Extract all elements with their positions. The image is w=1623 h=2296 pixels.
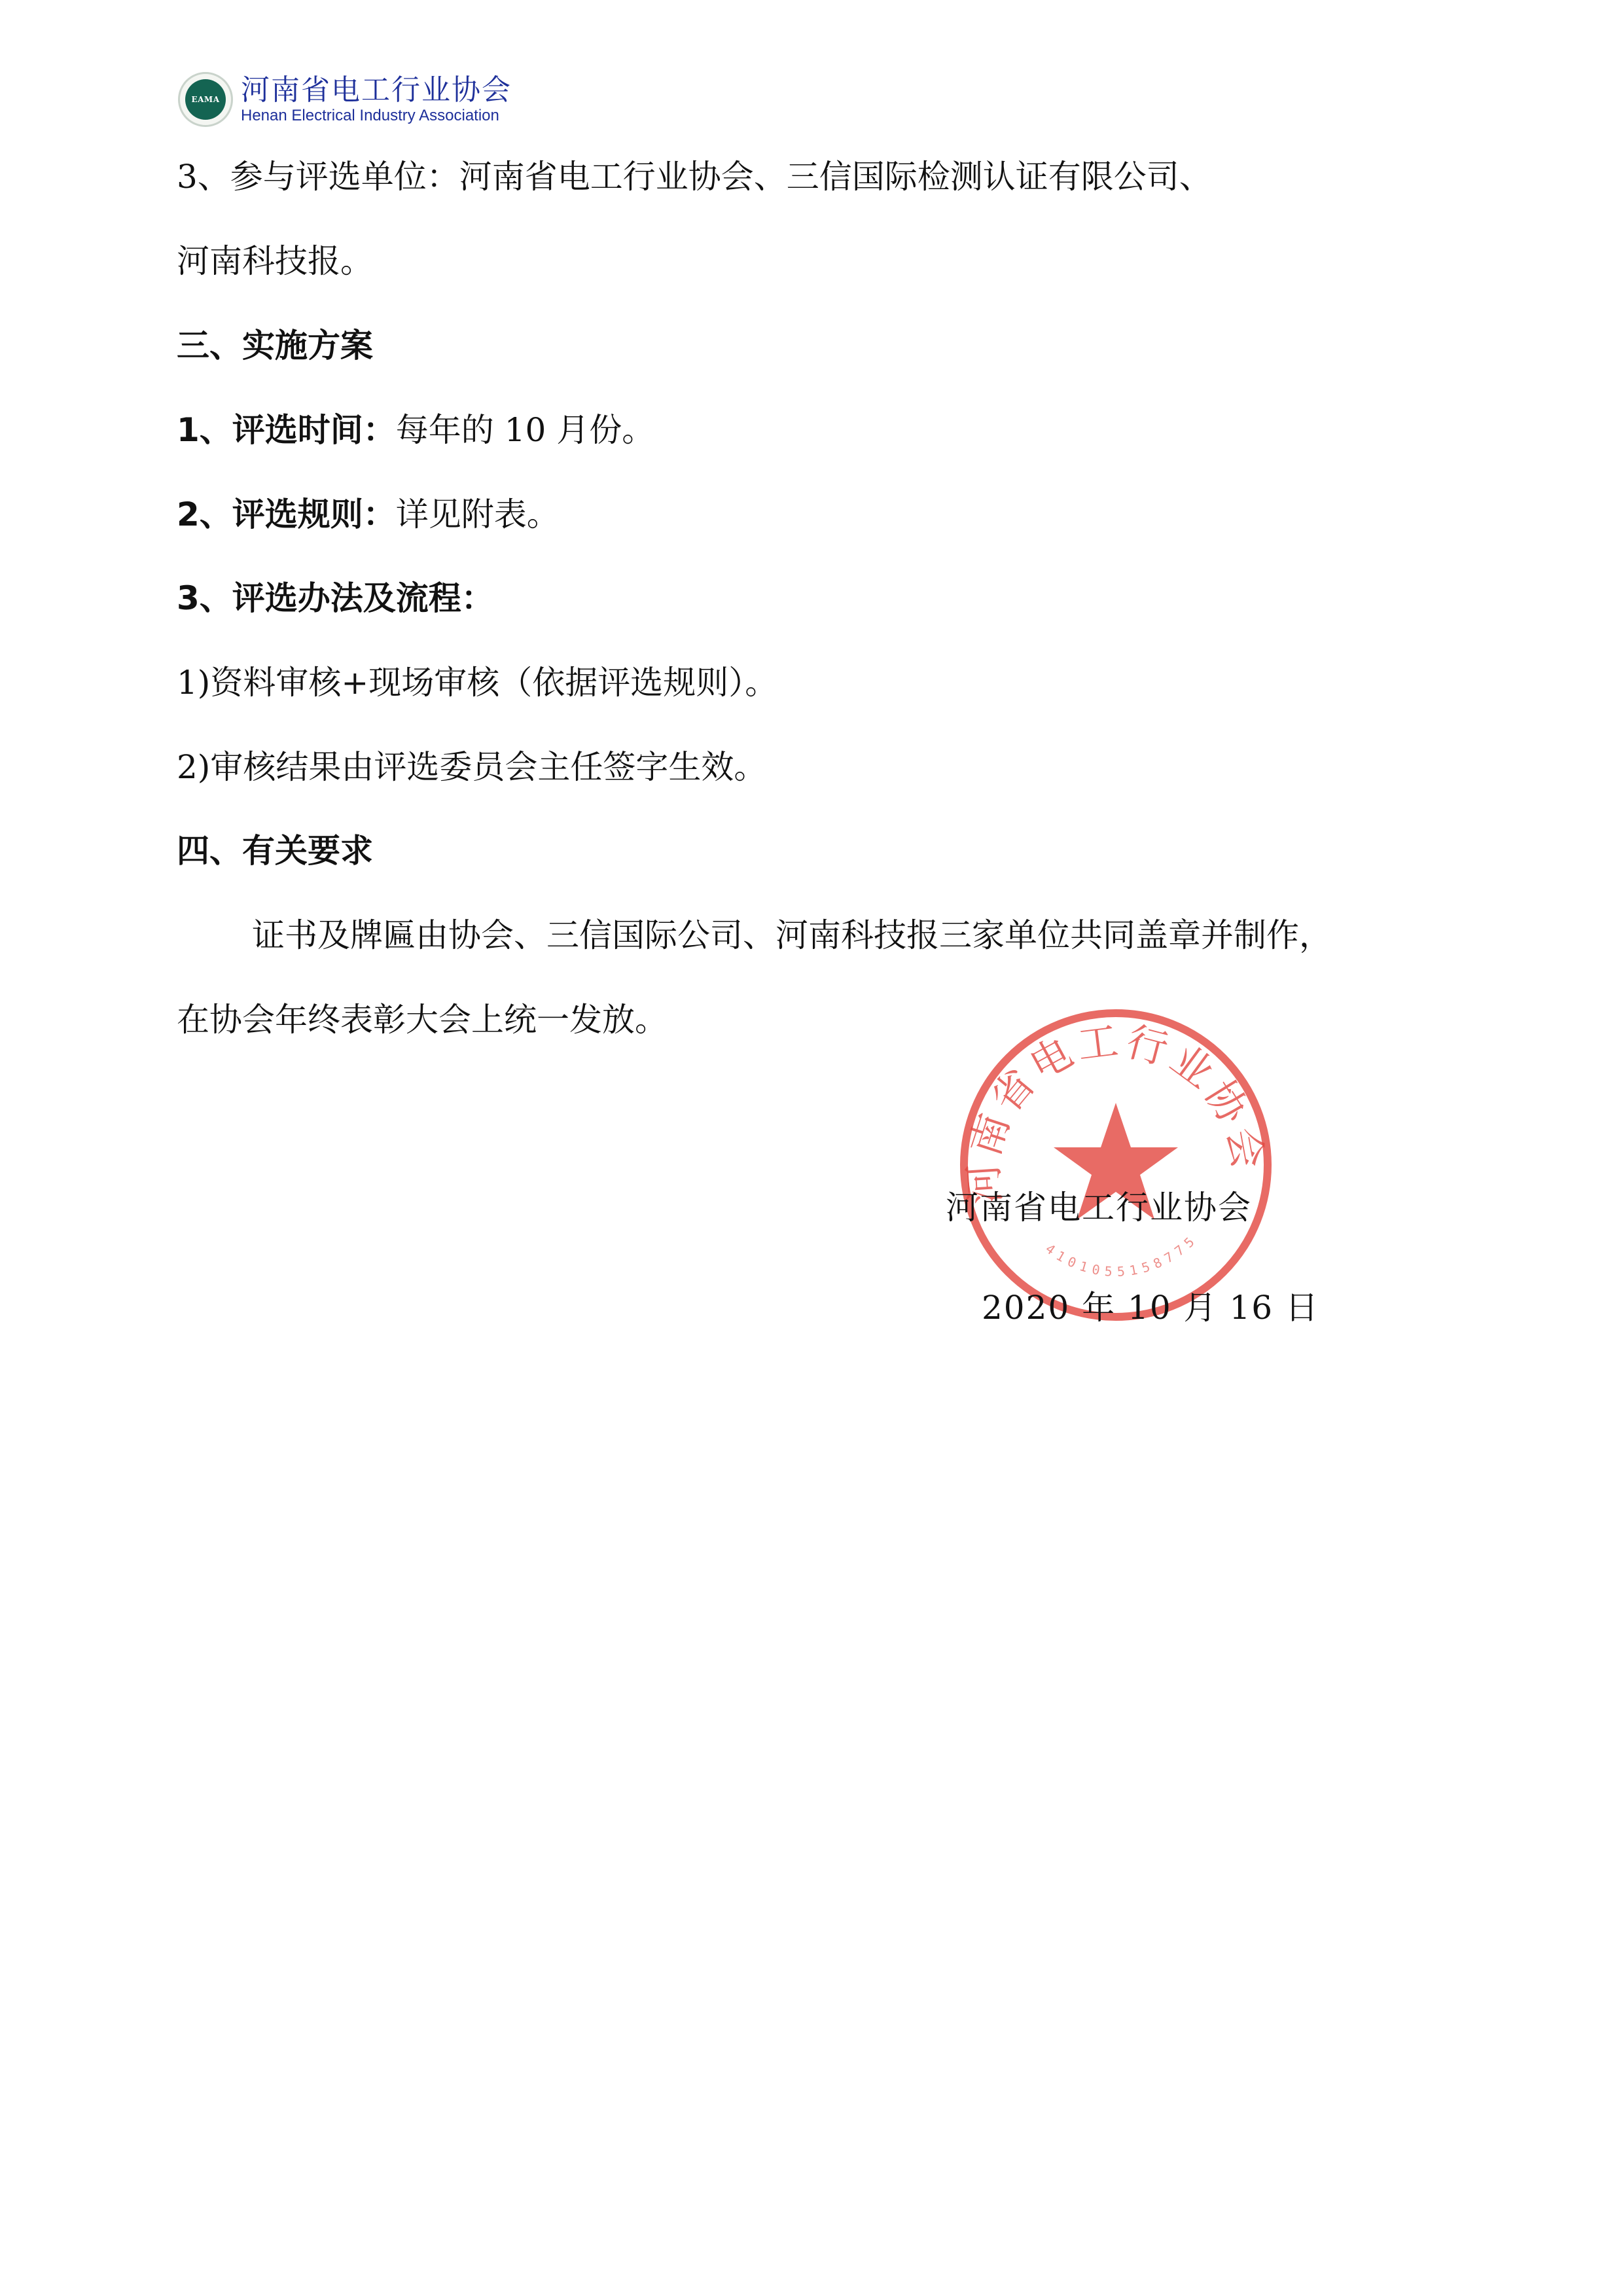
selection-rules-label: 2、评选规则：	[177, 495, 396, 533]
logo-text: 河南省电工行业协会 Henan Electrical Industry Asso…	[241, 74, 512, 125]
process-step-1: 1)资料审核+现场审核（依据评选规则）。	[177, 663, 777, 702]
org-name-en: Henan Electrical Industry Association	[241, 107, 512, 125]
section-heading-process: 3、评选办法及流程：	[177, 579, 494, 618]
section-heading-requirements: 四、有关要求	[177, 831, 373, 870]
requirements-paragraph-line2: 在协会年终表彰大会上统一发放。	[177, 1000, 668, 1039]
signature-org: 河南省电工行业协会	[946, 1188, 1252, 1227]
official-seal-icon: 河南省电工行业协会 4101055158775	[955, 1005, 1276, 1325]
participants-line-cont: 河南科技报。	[177, 242, 373, 281]
selection-rules-line: 2、评选规则：详见附表。	[177, 495, 560, 534]
selection-time-line: 1、评选时间：每年的 10 月份。	[177, 410, 654, 450]
selection-time-label: 1、评选时间：	[177, 411, 396, 449]
org-name-cn: 河南省电工行业协会	[241, 74, 512, 107]
logo-badge-icon: EAMA	[178, 72, 233, 127]
signature-date: 2020 年 10 月 16 日	[982, 1288, 1319, 1327]
header-logo: EAMA 河南省电工行业协会 Henan Electrical Industry…	[178, 68, 512, 131]
section-heading-implementation: 三、实施方案	[177, 326, 373, 365]
logo-badge-label: EAMA	[185, 79, 226, 120]
requirements-paragraph-line1: 证书及牌匾由协会、三信国际公司、河南科技报三家单位共同盖章并制作，	[252, 916, 1332, 955]
selection-time-value: 每年的 10 月份。	[396, 411, 654, 449]
process-step-2: 2)审核结果由评选委员会主任签字生效。	[177, 747, 766, 787]
selection-rules-value: 详见附表。	[396, 495, 560, 533]
participants-line: 3、参与评选单位：河南省电工行业协会、三信国际检测认证有限公司、	[177, 157, 1212, 196]
seal-number: 4101055158775	[1043, 1230, 1201, 1280]
svg-text:4101055158775: 4101055158775	[1043, 1230, 1201, 1280]
